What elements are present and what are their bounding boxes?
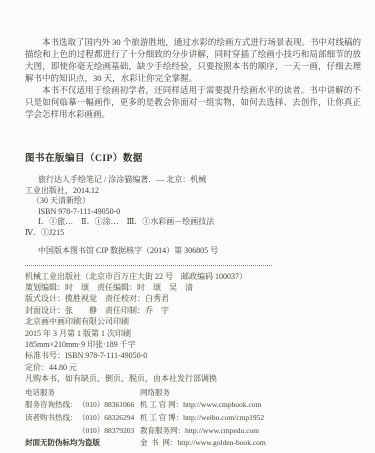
anti-piracy-notice: 封面无防伪标均为盗版	[25, 437, 140, 450]
web-service-url: http://www.cmpbook.com	[183, 400, 261, 409]
phone-service-header: 电话服务	[25, 387, 140, 400]
cip-heading: 图书在版编目（CIP）数据	[25, 153, 361, 165]
phone-service-row: 服务咨询热线： （010）88361066	[25, 399, 140, 412]
web-service-row: 教育服务网：http://www.cmpedu.com	[140, 425, 361, 438]
web-service-label: 教育服务网：	[140, 426, 185, 435]
phone-service-row: （010）88379203	[25, 425, 140, 438]
intro-paragraph-2: 本书不仅适用于绘画初学者，还同样适用于需要提升绘画水平的读者。书中讲解的不只是如…	[25, 84, 361, 120]
web-service-label: 金 书 网：	[140, 438, 178, 447]
printer-line: 北京画中画印刷有限公司印刷	[25, 316, 361, 327]
web-service-label: 机 工 官 网：	[140, 400, 183, 409]
phone-service-number: （010）88361066	[78, 399, 134, 412]
web-service-url: http://weibo.com/cmp1952	[183, 413, 264, 422]
cip-entry-line2: 工业出版社，2014.12	[25, 186, 361, 197]
phone-service-number: （010）88379203	[78, 425, 134, 438]
web-service-label: 机 工 官 博：	[140, 413, 183, 422]
replacement-notice-line: 凡购本书，如有缺页、倒页、脱页，由本社发行部调换	[25, 373, 361, 384]
phone-service-label: 服务咨询热线：	[25, 399, 78, 412]
planning-editor-line: 策划编辑：时 颂 责任编辑：时 颂 吴 清	[25, 282, 361, 293]
cip-series: （30 天清新绘）	[25, 196, 361, 207]
format-line: 185mm×210mm·9 印张·189 千字	[25, 339, 361, 350]
book-copyright-page: 本书选取了国内外 30 个旅游胜地，通过水彩的绘画方式进行场景表现。书中对线稿的…	[0, 0, 375, 453]
layout-design-line: 版式设计：揽胜视觉 责任校对：白秀君	[25, 293, 361, 304]
colophon-section: 机械工业出版社（北京市百万庄大街 22 号 邮政编码 100037） 策划编辑：…	[25, 271, 361, 385]
web-service-url: http://www.golden-book.com	[178, 438, 266, 447]
web-service-header: 网络服务	[140, 387, 361, 400]
edition-line: 2015 年 3 月第 1 版第 1 次印刷	[25, 328, 361, 339]
intro-paragraph-1: 本书选取了国内外 30 个旅游胜地，通过水彩的绘画方式进行场景表现。书中对线稿的…	[25, 36, 361, 84]
service-info-section: 电话服务 网络服务 服务咨询热线： （010）88361066 机 工 官 网：…	[25, 387, 361, 451]
web-service-row: 金 书 网：http://www.golden-book.com	[140, 437, 361, 450]
cip-class-line2: Ⅳ．①J215	[25, 228, 361, 239]
cip-block: 旅行达人手绘笔记 / 涂涂猫编著．— 北京：机械 工业出版社，2014.12 （…	[25, 175, 361, 239]
web-service-row: 机 工 官 网：http://www.cmpbook.com	[140, 399, 361, 412]
web-service-url: http://www.cmpedu.com	[185, 426, 259, 435]
phone-service-label: 读者购书热线：	[25, 412, 78, 425]
phone-service-label	[25, 425, 78, 438]
intro-section: 本书选取了国内外 30 个旅游胜地，通过水彩的绘画方式进行场景表现。书中对线稿的…	[25, 36, 361, 120]
cip-isbn: ISBN 978-7-111-49050-0	[25, 207, 361, 218]
publisher-address-line: 机械工业出版社（北京市百万庄大街 22 号 邮政编码 100037）	[25, 271, 361, 282]
cover-design-line: 封面设计：张 静 责任印制：乔 宇	[25, 305, 361, 316]
cip-record-number: 中国版本图书馆 CIP 数据核字（2014）第 306805 号	[25, 246, 361, 256]
cip-entry-line1: 旅行达人手绘笔记 / 涂涂猫编著．— 北京：机械	[25, 175, 361, 186]
phone-service-row: 读者购书热线： （010）68326294	[25, 412, 140, 425]
phone-service-number: （010）68326294	[78, 412, 134, 425]
web-service-row: 机 工 官 博：http://weibo.com/cmp1952	[140, 412, 361, 425]
standard-isbn-line: 标准书号：ISBN 978-7-111-49050-0	[25, 350, 361, 361]
price-line: 定价：44.80 元	[25, 362, 361, 373]
cip-class-line1: Ⅰ．①旅… Ⅱ．①涂… Ⅲ．①水彩画－绘画技法	[25, 217, 361, 228]
dotted-divider	[25, 265, 272, 266]
